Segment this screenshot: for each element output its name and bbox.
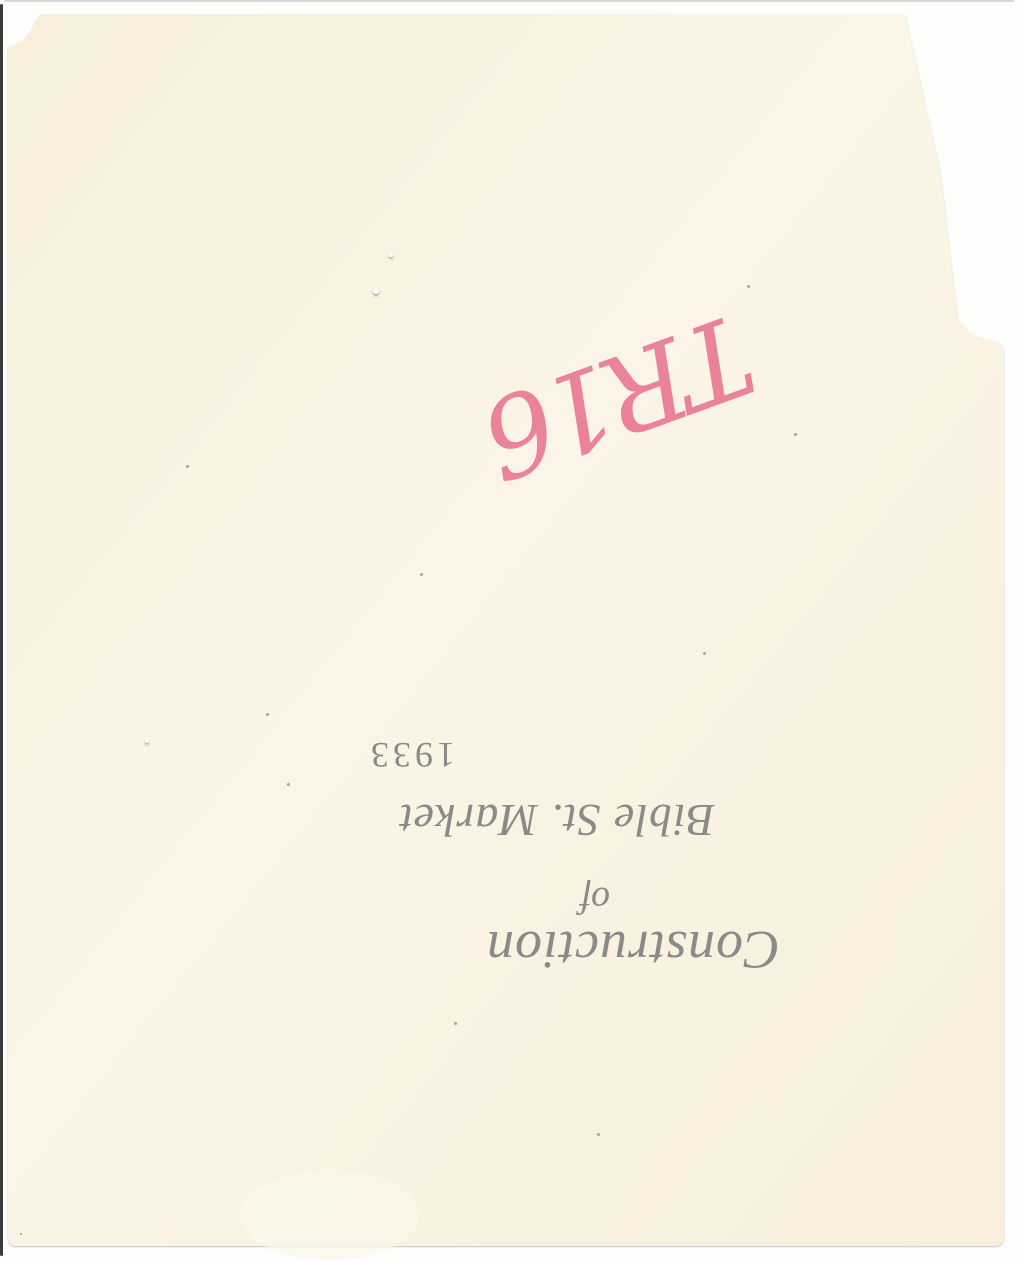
inscription-year: 1933 — [365, 735, 455, 775]
speck — [794, 433, 797, 436]
inscription-place: Bible St. Market — [325, 795, 715, 845]
pinhole — [373, 288, 379, 294]
speck — [266, 713, 269, 716]
speck — [747, 285, 750, 288]
paper-sheet — [0, 0, 1024, 1261]
inscription-title: Construction — [495, 920, 780, 980]
inscription-of: of — [540, 880, 610, 920]
pinhole — [389, 253, 393, 257]
pinhole — [145, 739, 149, 743]
paper-outline — [8, 14, 1004, 1246]
paper-crease — [240, 1170, 420, 1260]
speck — [597, 1133, 600, 1136]
speck — [703, 652, 706, 655]
speck — [287, 783, 290, 786]
speck — [420, 573, 423, 576]
speck — [454, 1022, 457, 1025]
speck — [20, 1233, 22, 1235]
speck — [186, 465, 189, 468]
